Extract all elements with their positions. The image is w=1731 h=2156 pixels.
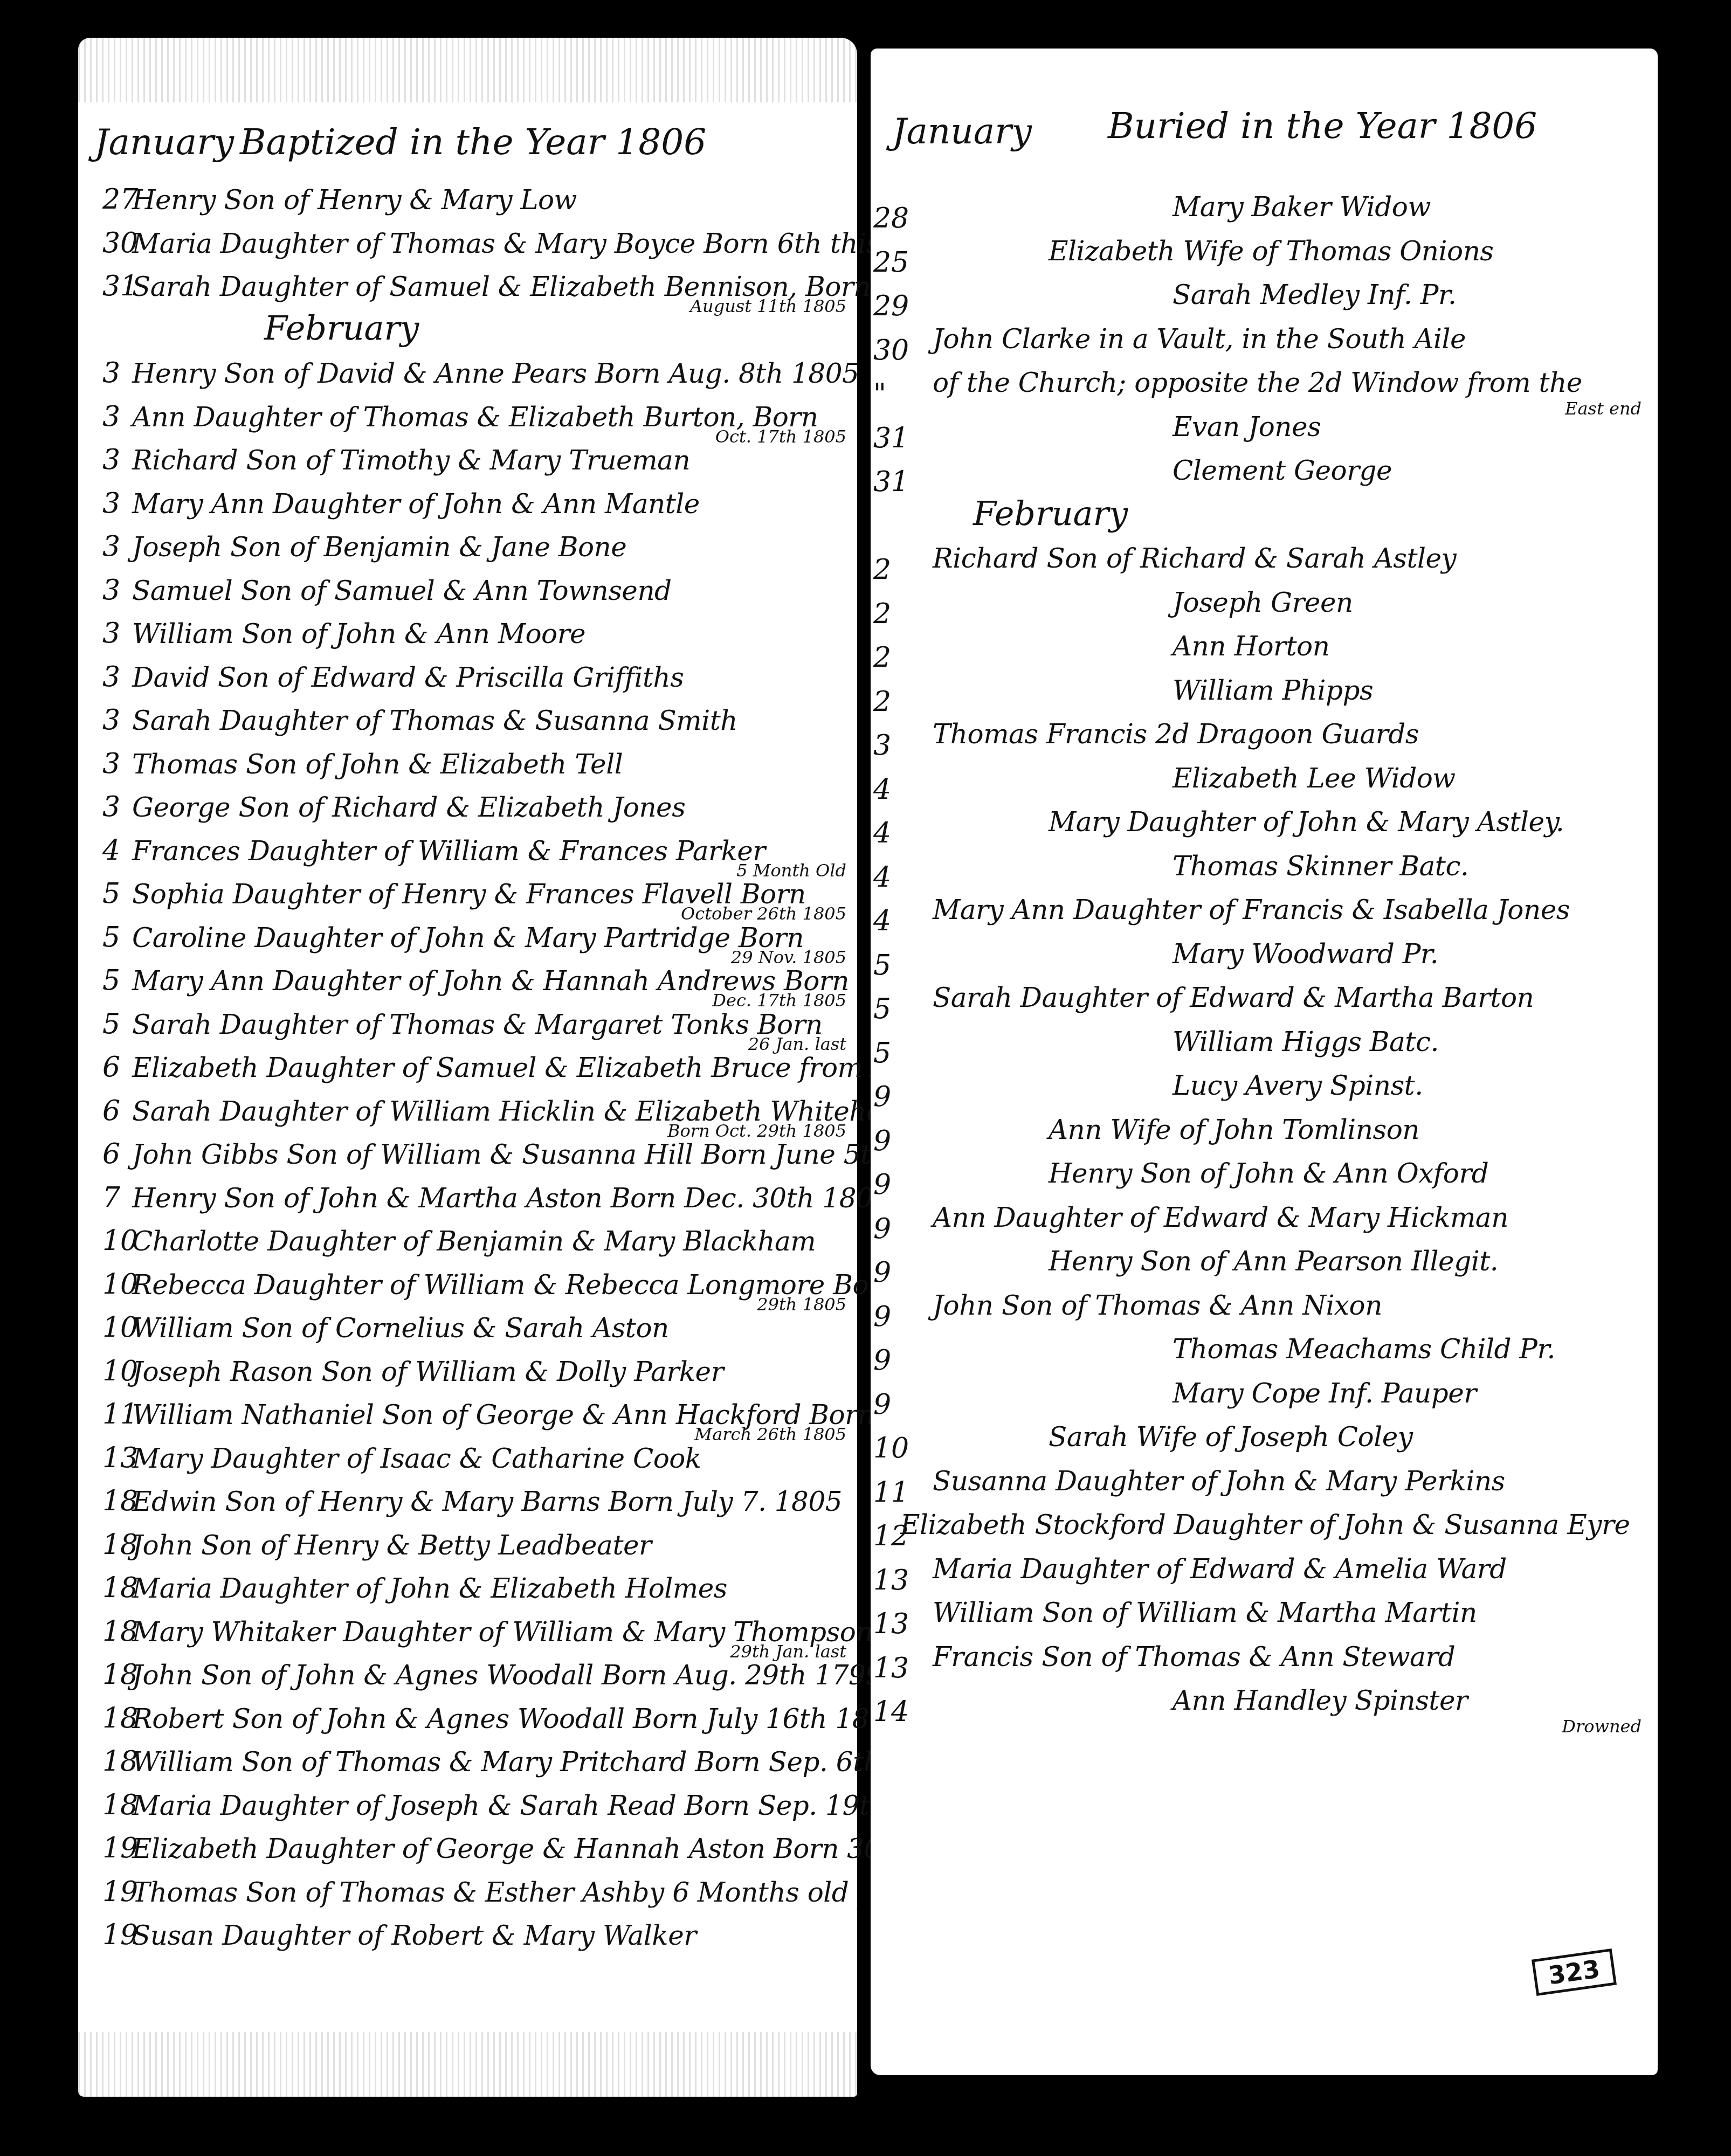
entry-text: Mary Woodward Pr.	[1173, 938, 1438, 970]
entry-day: 3	[873, 729, 891, 762]
entry-text: Mary Daughter of John & Mary Astley.	[1049, 806, 1564, 838]
baptism-entry: 10Charlotte Daughter of Benjamin & Mary …	[78, 1225, 857, 1267]
entry-text: Elizabeth Daughter of Samuel & Elizabeth…	[132, 1052, 948, 1083]
baptism-entry: 19Elizabeth Daughter of George & Hannah …	[78, 1832, 857, 1874]
entry-text: Mary Ann Daughter of John & Ann Mantle	[132, 488, 700, 520]
baptism-entry: 18Robert Son of John & Agnes Woodall Bor…	[78, 1702, 857, 1744]
page-edge-wear	[78, 2032, 857, 2097]
entry-text: John Gibbs Son of William & Susanna Hill…	[132, 1139, 964, 1170]
baptism-entry: 3Mary Ann Daughter of John & Ann Mantle	[78, 487, 857, 529]
burial-entry: 2Ann Horton	[871, 631, 1658, 673]
entry-text: Sarah Wife of Joseph Coley	[1049, 1421, 1413, 1453]
entry-text: Thomas Son of Thomas & Esther Ashby 6 Mo…	[132, 1877, 849, 1908]
baptism-entry: 7Henry Son of John & Martha Aston Born D…	[78, 1181, 857, 1224]
burials-month-heading: January	[892, 110, 1032, 152]
entry-day: 3	[102, 444, 120, 476]
entry-day: 2	[873, 554, 891, 586]
baptism-entry: 18Maria Daughter of John & Elizabeth Hol…	[78, 1572, 857, 1614]
burial-entry: 13Maria Daughter of Edward & Amelia Ward	[871, 1553, 1658, 1595]
entry-text: Samuel Son of Samuel & Ann Townsend	[132, 575, 672, 606]
entry-text: Susanna Daughter of John & Mary Perkins	[933, 1466, 1505, 1497]
burial-entry: 9Henry Son of John & Ann Oxford	[871, 1158, 1658, 1200]
baptism-entry: 18William Son of Thomas & Mary Pritchard…	[78, 1745, 857, 1787]
burial-entry: 5Mary Woodward Pr.	[871, 938, 1658, 980]
entry-day: 4	[873, 861, 891, 894]
entry-text: Edwin Son of Henry & Mary Barns Born Jul…	[132, 1486, 842, 1517]
entry-day: 5	[873, 1037, 891, 1069]
entry-day: 5	[873, 993, 891, 1025]
entry-text: Mary Baker Widow	[1173, 191, 1431, 223]
baptism-entry: 5Mary Ann Daughter of John & Hannah Andr…	[78, 964, 857, 1006]
entry-day: 9	[873, 1344, 891, 1377]
entry-text: Lucy Avery Spinst.	[1173, 1070, 1423, 1101]
entry-text: Joseph Green	[1173, 587, 1353, 618]
burial-entry: 9John Son of Thomas & Ann Nixon	[871, 1290, 1658, 1332]
entry-day: 5	[102, 1008, 120, 1040]
baptism-entry: 19Thomas Son of Thomas & Esther Ashby 6 …	[78, 1876, 857, 1918]
entry-day: 25	[873, 246, 909, 279]
entry-day: 11	[873, 1476, 909, 1509]
entry-text: Sarah Daughter of Edward & Martha Barton	[933, 982, 1534, 1013]
entry-text: Thomas Skinner Batc.	[1173, 851, 1468, 882]
page-edge-wear	[78, 38, 857, 102]
entry-text: Elizabeth Stockford Daughter of John & S…	[900, 1509, 1630, 1540]
entry-day: 2	[873, 686, 891, 718]
burial-entry: 12Elizabeth Stockford Daughter of John &…	[871, 1509, 1658, 1551]
entry-text: Frances Daughter of William & Frances Pa…	[132, 835, 765, 867]
entry-text: Henry Son of David & Anne Pears Born Aug…	[132, 358, 859, 389]
entry-day: 13	[873, 1652, 909, 1684]
baptism-entry: 18Edwin Son of Henry & Mary Barns Born J…	[78, 1485, 857, 1527]
entry-day: 31	[873, 466, 909, 498]
entry-text: Ann Daughter of Edward & Mary Hickman	[933, 1202, 1508, 1233]
entry-text: William Son of John & Ann Moore	[132, 618, 585, 649]
entry-text: Elizabeth Lee Widow	[1173, 763, 1456, 794]
burial-entry: 3Thomas Francis 2d Dragoon Guards	[871, 718, 1658, 761]
entry-day: 7	[102, 1181, 120, 1214]
entry-text: Evan Jones	[1173, 411, 1321, 443]
entry-text: of the Church; opposite the 2d Window fr…	[933, 367, 1582, 398]
entry-text: Maria Daughter of Joseph & Sarah Read Bo…	[132, 1790, 963, 1821]
entry-day: 3	[102, 574, 120, 606]
entry-text: Charlotte Daughter of Benjamin & Mary Bl…	[132, 1226, 816, 1257]
entry-day: 9	[873, 1388, 891, 1421]
entry-text: Mary Daughter of Isaac & Catharine Cook	[132, 1443, 701, 1474]
burial-entry: 31Evan Jones	[871, 411, 1658, 453]
baptism-entry: 5Sophia Daughter of Henry & Frances Flav…	[78, 877, 857, 920]
burial-entry: 28Mary Baker Widow	[871, 191, 1658, 233]
entry-text: Maria Daughter of Thomas & Mary Boyce Bo…	[132, 228, 976, 259]
baptism-entry: 3Sarah Daughter of Thomas & Susanna Smit…	[78, 704, 857, 746]
baptism-entry: 10Joseph Rason Son of William & Dolly Pa…	[78, 1355, 857, 1397]
entry-day: 3	[102, 400, 120, 433]
baptisms-page: January Baptized in the Year 1806 27Henr…	[78, 38, 857, 2097]
baptism-entry: 10Rebecca Daughter of William & Rebecca …	[78, 1268, 857, 1310]
burial-entry: 9Ann Daughter of Edward & Mary Hickman	[871, 1202, 1658, 1244]
entry-day: 9	[873, 1213, 891, 1245]
burial-entry: 4Elizabeth Lee Widow	[871, 763, 1658, 805]
entry-day: 6	[102, 1095, 120, 1127]
entry-text: Ann Horton	[1173, 631, 1329, 662]
entry-day: 4	[873, 817, 891, 849]
baptism-entry: 31Sarah Daughter of Samuel & Elizabeth B…	[78, 270, 857, 312]
baptisms-subheading-february: February	[264, 308, 419, 348]
burial-entry: 5Sarah Daughter of Edward & Martha Barto…	[871, 982, 1658, 1024]
entry-text: Henry Son of John & Ann Oxford	[1049, 1158, 1488, 1189]
baptism-entry: 3Henry Son of David & Anne Pears Born Au…	[78, 357, 857, 399]
burial-entry: 9Henry Son of Ann Pearson Illegit.	[871, 1246, 1658, 1288]
entry-text: Henry Son of Henry & Mary Low	[132, 184, 577, 216]
entry-text: Maria Daughter of John & Elizabeth Holme…	[132, 1573, 727, 1604]
burials-page: January Buried in the Year 1806 28Mary B…	[871, 49, 1658, 2075]
baptism-entry: 27Henry Son of Henry & Mary Low	[78, 183, 857, 225]
entry-day: 9	[873, 1301, 891, 1333]
entry-day: 3	[102, 661, 120, 693]
baptism-entry: 3Richard Son of Timothy & Mary Trueman	[78, 444, 857, 486]
entry-text: John Son of Thomas & Ann Nixon	[933, 1290, 1382, 1321]
entry-text: Maria Daughter of Edward & Amelia Ward	[933, 1553, 1507, 1585]
burial-entry: 9Lucy Avery Spinst.	[871, 1070, 1658, 1112]
entry-text: Susan Daughter of Robert & Mary Walker	[132, 1920, 696, 1951]
entry-day: 10	[873, 1432, 909, 1464]
entry-day: "	[873, 378, 886, 410]
entry-day: 5	[102, 964, 120, 997]
entry-text: Sarah Daughter of Thomas & Susanna Smith	[132, 705, 737, 736]
entry-text: David Son of Edward & Priscilla Griffith…	[132, 662, 684, 693]
entry-day: 31	[873, 422, 909, 454]
burial-entry: 25Elizabeth Wife of Thomas Onions	[871, 236, 1658, 278]
entry-text: Thomas Francis 2d Dragoon Guards	[933, 718, 1419, 750]
baptism-entry: 5Sarah Daughter of Thomas & Margaret Ton…	[78, 1008, 857, 1050]
burial-entry: 4Mary Daughter of John & Mary Astley.	[871, 806, 1658, 848]
entry-text: William Phipps	[1173, 675, 1373, 706]
entry-margin-note: August 11th 1805	[690, 296, 846, 316]
burial-entry: 10Sarah Wife of Joseph Coley	[871, 1421, 1658, 1463]
entry-day: 6	[102, 1051, 120, 1083]
entry-day: 9	[873, 1081, 891, 1113]
entry-text: Sarah Medley Inf. Pr.	[1173, 279, 1456, 310]
entry-day: 14	[873, 1696, 909, 1728]
burial-entry: "of the Church; opposite the 2d Window f…	[871, 367, 1658, 409]
entry-text: John Son of Henry & Betty Leadbeater	[132, 1530, 652, 1561]
baptism-entry: 3David Son of Edward & Priscilla Griffit…	[78, 661, 857, 703]
entry-text: Clement George	[1173, 455, 1392, 486]
entry-day: 2	[873, 641, 891, 674]
entry-day: 28	[873, 202, 909, 234]
entry-day: 13	[873, 1608, 909, 1640]
baptism-entry: 10William Son of Cornelius & Sarah Aston	[78, 1311, 857, 1353]
entry-day: 4	[102, 834, 120, 867]
entry-day: 3	[102, 487, 120, 520]
burial-entry: 13William Son of William & Martha Martin	[871, 1597, 1658, 1639]
entry-text: Joseph Son of Benjamin & Jane Bone	[132, 531, 626, 563]
entry-day: 4	[873, 773, 891, 806]
baptism-entry: 6Sarah Daughter of William Hicklin & Eli…	[78, 1095, 857, 1137]
entry-day: 5	[102, 921, 120, 953]
entry-day: 3	[102, 791, 120, 823]
burials-subheading-february: February	[973, 494, 1128, 533]
baptism-entry: 5Caroline Daughter of John & Mary Partri…	[78, 921, 857, 963]
entry-text: Henry Son of Ann Pearson Illegit.	[1049, 1246, 1498, 1277]
baptism-entry: 6John Gibbs Son of William & Susanna Hil…	[78, 1138, 857, 1180]
entry-text: Thomas Meachams Child Pr.	[1173, 1333, 1555, 1365]
entry-text: Sarah Daughter of Thomas & Margaret Tonk…	[132, 1009, 823, 1040]
burial-entry: 13Francis Son of Thomas & Ann Steward	[871, 1641, 1658, 1683]
entry-text: William Son of Cornelius & Sarah Aston	[132, 1312, 669, 1344]
entry-text: Richard Son of Richard & Sarah Astley	[933, 543, 1456, 574]
burial-entry: 2Richard Son of Richard & Sarah Astley	[871, 543, 1658, 585]
baptism-entry: 3George Son of Richard & Elizabeth Jones	[78, 791, 857, 833]
entry-day: 3	[102, 530, 120, 563]
burial-entry: 31Clement George	[871, 455, 1658, 497]
burial-entry: 30John Clarke in a Vault, in the South A…	[871, 323, 1658, 365]
burial-entry: 9Thomas Meachams Child Pr.	[871, 1333, 1658, 1376]
entry-text: John Clarke in a Vault, in the South Ail…	[933, 323, 1466, 355]
entry-text: Ann Handley Spinster	[1173, 1685, 1467, 1716]
entry-day: 9	[873, 1256, 891, 1289]
baptisms-month-heading: January	[94, 121, 234, 163]
burial-entry: 2William Phipps	[871, 675, 1658, 717]
baptism-entry: 4Frances Daughter of William & Frances P…	[78, 834, 857, 876]
entry-day: 5	[873, 949, 891, 982]
burials-title: Buried in the Year 1806	[1108, 105, 1537, 147]
burial-entry: 2Joseph Green	[871, 587, 1658, 629]
baptisms-title: Baptized in the Year 1806	[240, 121, 706, 163]
entry-text: William Higgs Batc.	[1173, 1026, 1439, 1058]
entry-day: 3	[102, 704, 120, 736]
entry-day: 6	[102, 1138, 120, 1170]
entry-day: 13	[873, 1564, 909, 1597]
baptism-entry: 3Joseph Son of Benjamin & Jane Bone	[78, 530, 857, 572]
entry-text: William Son of William & Martha Martin	[933, 1597, 1477, 1628]
burial-entry: 9Ann Wife of John Tomlinson	[871, 1114, 1658, 1156]
burial-entry: 9Mary Cope Inf. Pauper	[871, 1378, 1658, 1420]
entry-text: William Son of Thomas & Mary Pritchard B…	[132, 1746, 956, 1778]
burial-entry: 11Susanna Daughter of John & Mary Perkin…	[871, 1466, 1658, 1508]
burial-entry: 14Ann Handley SpinsterDrowned	[871, 1685, 1658, 1727]
baptism-entry: 3Thomas Son of John & Elizabeth Tell	[78, 748, 857, 790]
entry-day: 29	[873, 290, 909, 322]
baptism-entry: 18John Son of Henry & Betty Leadbeater	[78, 1529, 857, 1571]
baptism-entry: 19Susan Daughter of Robert & Mary Walker	[78, 1919, 857, 1961]
entry-text: Richard Son of Timothy & Mary Trueman	[132, 445, 690, 476]
baptism-entry: 3Ann Daughter of Thomas & Elizabeth Burt…	[78, 400, 857, 443]
entry-day: 3	[102, 617, 120, 649]
burial-entry: 5William Higgs Batc.	[871, 1026, 1658, 1068]
entry-text: Caroline Daughter of John & Mary Partrid…	[132, 922, 804, 953]
baptism-entry: 3William Son of John & Ann Moore	[78, 617, 857, 659]
entry-day: 4	[873, 905, 891, 937]
entry-day: 9	[873, 1125, 891, 1157]
entry-text: Elizabeth Wife of Thomas Onions	[1049, 236, 1494, 267]
baptism-entry: 6Elizabeth Daughter of Samuel & Elizabet…	[78, 1051, 857, 1093]
entry-text: John Son of John & Agnes Woodall Born Au…	[132, 1660, 882, 1691]
entry-text: Thomas Son of John & Elizabeth Tell	[132, 749, 623, 780]
entry-day: 30	[873, 334, 909, 367]
entry-text: Ann Wife of John Tomlinson	[1049, 1114, 1419, 1145]
entry-text: Henry Son of John & Martha Aston Born De…	[132, 1183, 890, 1214]
entry-text: Mary Cope Inf. Pauper	[1173, 1378, 1477, 1409]
burial-entry: 4Thomas Skinner Batc.	[871, 851, 1658, 893]
entry-text: Francis Son of Thomas & Ann Steward	[933, 1641, 1455, 1673]
entry-day: 5	[102, 877, 120, 910]
baptism-entry: 3Samuel Son of Samuel & Ann Townsend	[78, 574, 857, 616]
baptism-entry: 30Maria Daughter of Thomas & Mary Boyce …	[78, 227, 857, 269]
entry-day: 2	[873, 598, 891, 630]
burial-entry: 29Sarah Medley Inf. Pr.	[871, 279, 1658, 321]
baptism-entry: 18Maria Daughter of Joseph & Sarah Read …	[78, 1789, 857, 1831]
entry-margin-note: Drowned	[1562, 1716, 1642, 1737]
entry-day: 3	[102, 748, 120, 780]
baptism-entry: 11William Nathaniel Son of George & Ann …	[78, 1398, 857, 1440]
entry-day: 9	[873, 1169, 891, 1201]
entry-text: Joseph Rason Son of William & Dolly Park…	[132, 1356, 723, 1387]
baptism-entry: 18Mary Whitaker Daughter of William & Ma…	[78, 1615, 857, 1657]
entry-day: 3	[102, 357, 120, 389]
baptism-entry: 13Mary Daughter of Isaac & Catharine Coo…	[78, 1442, 857, 1484]
folio-number-stamp: 323	[1532, 1948, 1617, 1996]
entry-text: Robert Son of John & Agnes Woodall Born …	[132, 1703, 903, 1735]
entry-text: Mary Ann Daughter of Francis & Isabella …	[933, 894, 1570, 925]
entry-text: George Son of Richard & Elizabeth Jones	[132, 792, 685, 823]
burial-entry: 4Mary Ann Daughter of Francis & Isabella…	[871, 894, 1658, 936]
baptism-entry: 18John Son of John & Agnes Woodall Born …	[78, 1659, 857, 1701]
